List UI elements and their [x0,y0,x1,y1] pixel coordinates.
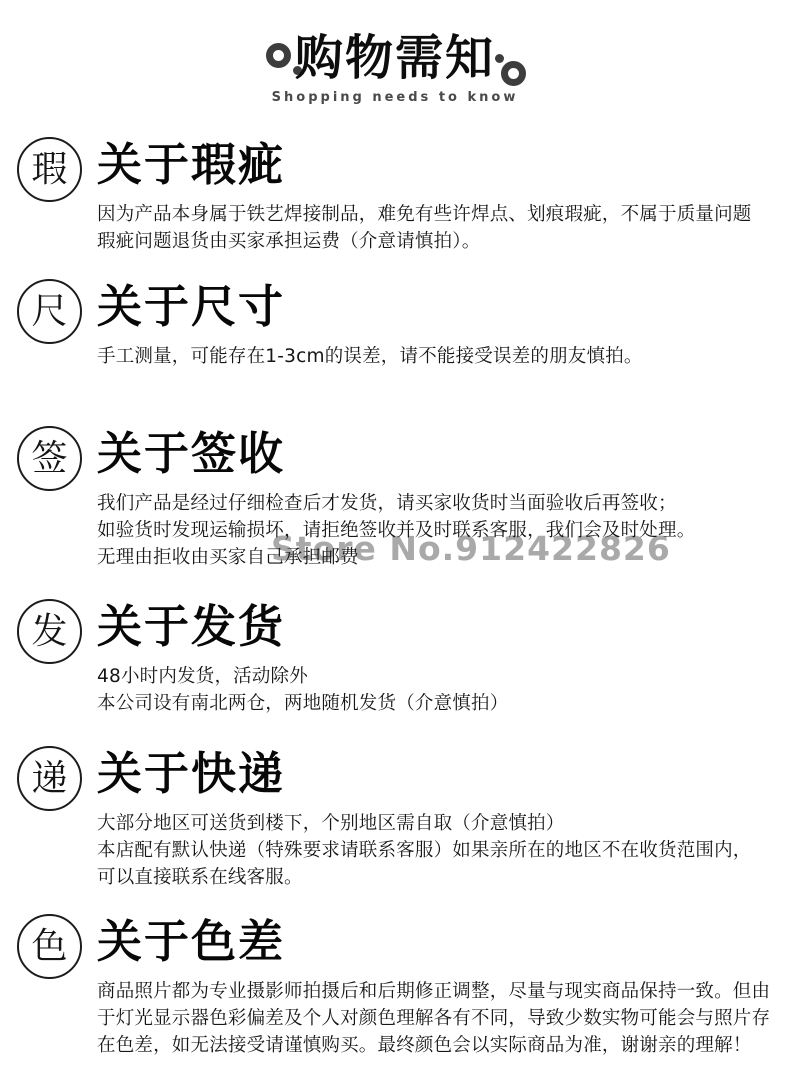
page-subtitle: Shopping needs to know [0,90,790,105]
section-body: 48小时内发货，活动除外 本公司设有南北两仓，两地随机发货（介意慎拍） [97,663,790,717]
badge-char: 发 [31,614,67,650]
section-body: 大部分地区可送货到楼下，个别地区需自取（介意慎拍） 本店配有默认快递（特殊要求请… [97,810,790,891]
section-badge-icon: 发 [17,599,82,664]
body-line: 大部分地区可送货到楼下，个别地区需自取（介意慎拍） [97,810,790,837]
header: 购物需知 Shopping needs to know [0,0,790,118]
section-body: 商品照片都为专业摄影师拍摄后和后期修正调整，尽量与现实商品保持一致。但由 于灯光… [97,978,790,1059]
body-line: 我们产品是经过仔细检查后才发货，请买家收货时当面验收后再签收； [97,490,790,517]
body-line: 48小时内发货，活动除外 [97,663,790,690]
section-badge-icon: 签 [17,426,82,491]
body-line: 因为产品本身属于铁艺焊接制品，难免有些许焊点、划痕瑕疵，不属于质量问题 [97,201,790,228]
section-title: 关于发货 [97,604,285,649]
section-badge-icon: 色 [17,914,82,979]
page-title: 购物需知 [0,33,790,83]
body-line: 本店配有默认快递（特殊要求请联系客服）如果亲所在的地区不在收货范围内， [97,837,790,864]
section-badge-icon: 尺 [17,279,82,344]
dot-ornament-right-icon [495,54,504,63]
badge-char: 尺 [31,294,67,330]
section-body: 因为产品本身属于铁艺焊接制品，难免有些许焊点、划痕瑕疵，不属于质量问题 瑕疵问题… [97,201,790,255]
section-title: 关于色差 [97,919,285,964]
body-line: 商品照片都为专业摄影师拍摄后和后期修正调整，尽量与现实商品保持一致。但由 [97,978,790,1005]
badge-char: 色 [31,929,67,965]
section-body: 手工测量，可能存在1-3cm的误差，请不能接受误差的朋友慎拍。 [97,343,790,370]
badge-char: 瑕 [31,152,67,188]
body-line: 于灯光显示器色彩偏差及个人对颜色理解各有不同，导致少数实物可能会与照片存 [97,1005,790,1032]
badge-char: 递 [31,761,67,797]
section-badge-icon: 递 [17,746,82,811]
body-line: 在色差，如无法接受请谨慎购买。最终颜色会以实际商品为准，谢谢亲的理解！ [97,1032,790,1059]
section-body: 我们产品是经过仔细检查后才发货，请买家收货时当面验收后再签收； 如验货时发现运输… [97,490,790,571]
section-title: 关于尺寸 [97,284,285,329]
ring-ornament-right-icon [501,61,526,86]
body-line: 本公司设有南北两仓，两地随机发货（介意慎拍） [97,690,790,717]
body-line: 瑕疵问题退货由买家承担运费（介意请慎拍）。 [97,228,790,255]
body-line: 无理由拒收由买家自己承担邮费 [97,544,790,571]
body-line: 如验货时发现运输损坏，请拒绝签收并及时联系客服，我们会及时处理。 [97,517,790,544]
section-title: 关于签收 [97,431,285,476]
section-badge-icon: 瑕 [17,137,82,202]
badge-char: 签 [31,441,67,477]
body-line: 可以直接联系在线客服。 [97,864,790,891]
section-title: 关于瑕疵 [97,142,285,187]
shopping-notice-page: 购物需知 Shopping needs to know Store No.912… [0,0,790,1092]
body-line: 手工测量，可能存在1-3cm的误差，请不能接受误差的朋友慎拍。 [97,343,790,370]
section-title: 关于快递 [97,751,285,796]
